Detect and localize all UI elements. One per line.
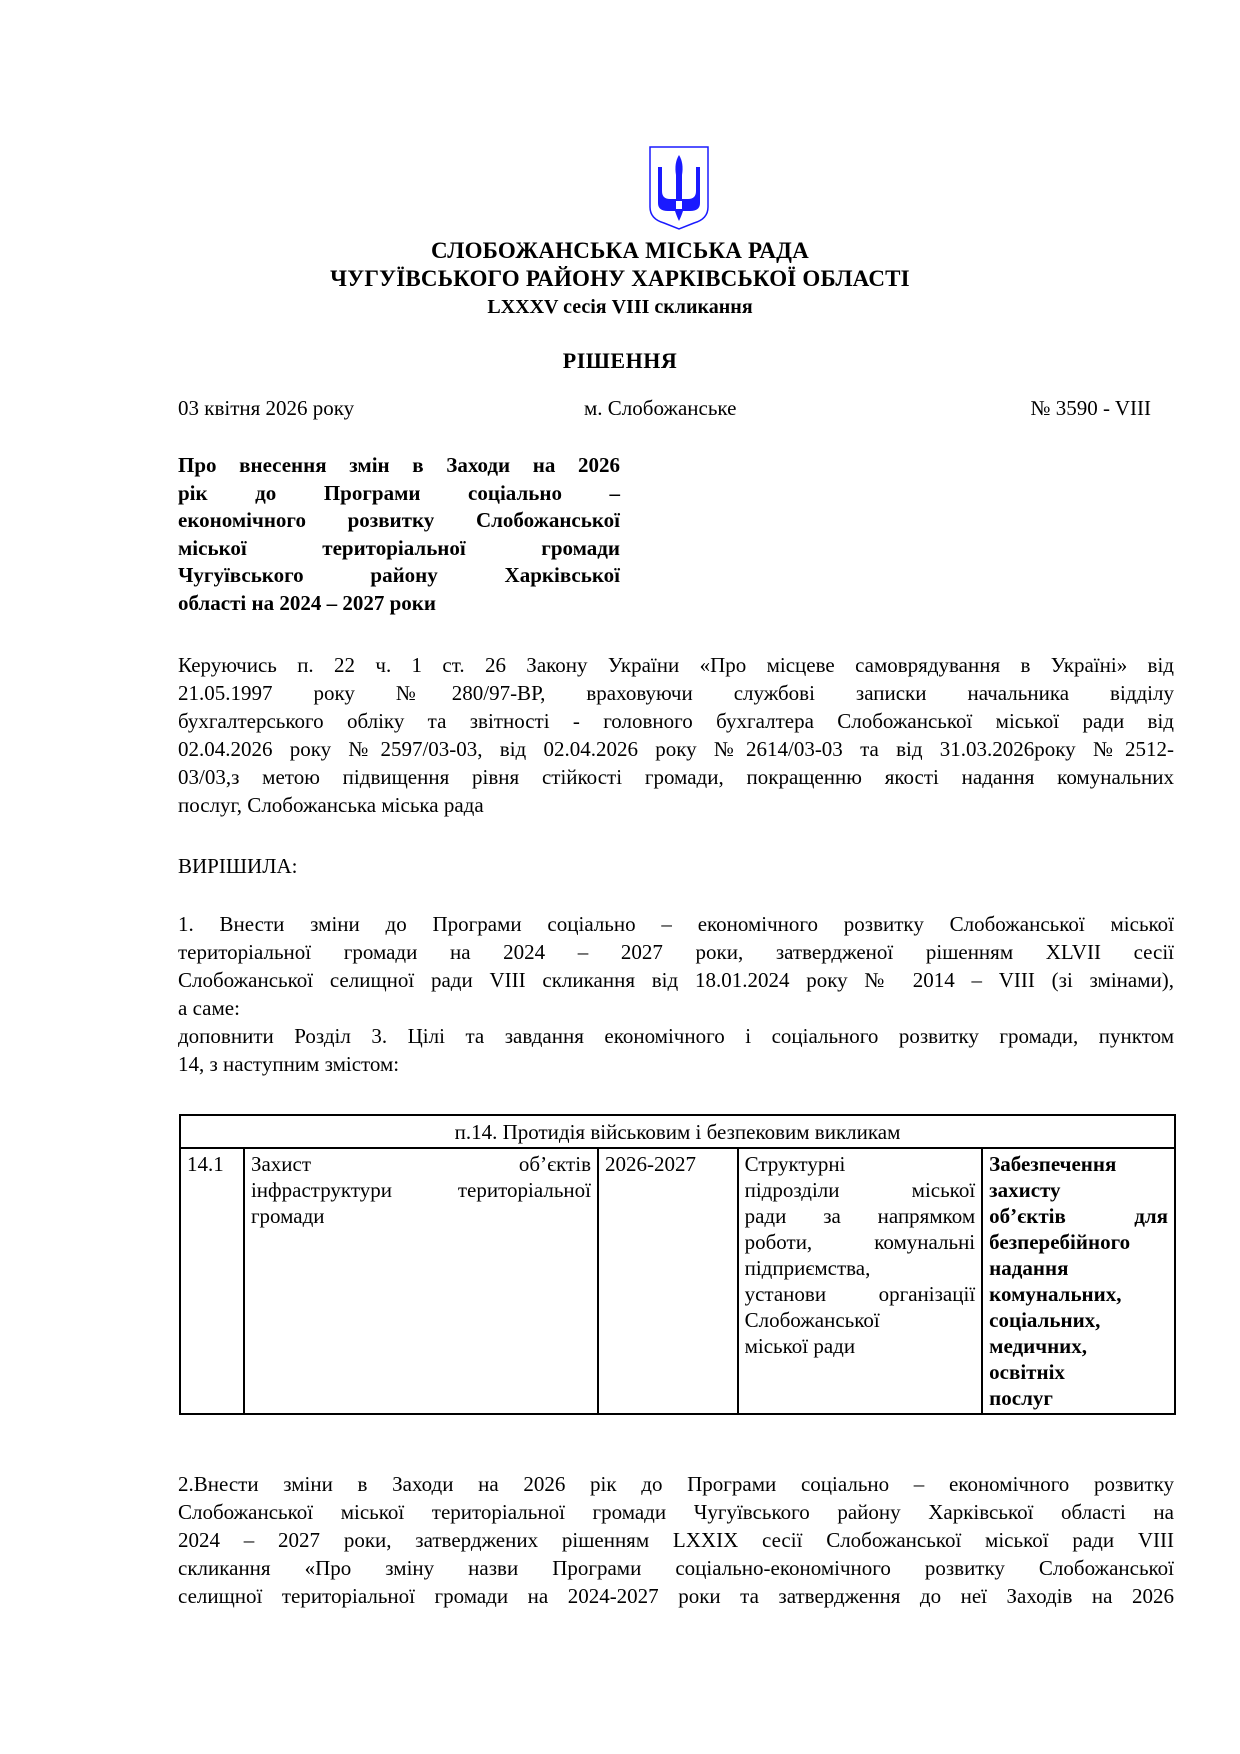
item-1-line: 14, з наступним змістом: (178, 1050, 1174, 1078)
result-line: освітніх (989, 1359, 1168, 1385)
executor-line: роботи, комунальні (745, 1229, 976, 1255)
executor-line: підрозділи міської (745, 1177, 976, 1203)
subject-line: області на 2024 – 2027 роки (178, 590, 620, 618)
preamble-line: 03/03,з метою підвищення рівня стійкості… (178, 763, 1174, 791)
measure-line: інфраструктури територіальної (251, 1177, 591, 1203)
executor-line: міської ради (745, 1333, 976, 1359)
document-page: СЛОБОЖАНСЬКА МІСЬКА РАДА ЧУГУЇВСЬКОГО РА… (0, 0, 1240, 1754)
result-line: медичних, (989, 1333, 1168, 1359)
result-line: соціальних, (989, 1307, 1168, 1333)
decision-subject: Про внесення змін в Заходи на 2026 рік д… (178, 452, 620, 617)
item-1-line: 1. Внести зміни до Програми соціально – … (178, 910, 1174, 938)
item-1: 1. Внести зміни до Програми соціально – … (178, 910, 1174, 1078)
result-line: комунальних, (989, 1281, 1168, 1307)
subject-line: Про внесення змін в Заходи на 2026 (178, 452, 620, 480)
meta-row: 03 квітня 2026 року м. Слобожанське № 35… (178, 396, 1151, 426)
result-line: надання (989, 1255, 1168, 1281)
item-2: 2.Внести зміни в Заходи на 2026 рік до П… (178, 1470, 1174, 1610)
item-1-line: територіальної громади на 2024 – 2027 ро… (178, 938, 1174, 966)
preamble-line: Керуючись п. 22 ч. 1 ст. 26 Закону Украї… (178, 651, 1174, 679)
row-term: 2026-2027 (598, 1148, 738, 1414)
decision-number: № 3590 - VIII (1030, 396, 1151, 421)
row-number: 14.1 (180, 1148, 244, 1414)
preamble: Керуючись п. 22 ч. 1 ст. 26 Закону Украї… (178, 651, 1174, 819)
preamble-line: бухгалтерського обліку та звітності - го… (178, 707, 1174, 735)
preamble-line: 21.05.1997 року №280/97-ВР, враховуючи с… (178, 679, 1174, 707)
row-result: Забезпечення захисту об’єктів для безпер… (982, 1148, 1175, 1414)
measure-line: громади (251, 1203, 591, 1229)
section-title: п.14. Протидія військовим і безпековим в… (180, 1115, 1175, 1148)
item-1-line: доповнити Розділ 3. Цілі та завдання еко… (178, 1022, 1174, 1050)
item-2-line: 2.Внести зміни в Заходи на 2026 рік до П… (178, 1470, 1174, 1498)
executor-line: Структурні (745, 1151, 976, 1177)
preamble-line: послуг, Слобожанська міська рада (178, 791, 1174, 819)
row-executors: Структурні підрозділи міської ради за на… (738, 1148, 983, 1414)
row-measure: Захист об’єктів інфраструктури територіа… (244, 1148, 598, 1414)
program-table: п.14. Протидія військовим і безпековим в… (179, 1114, 1176, 1415)
item-2-line: скликання «Про зміну назви Програми соці… (178, 1554, 1174, 1582)
preamble-line: 02.04.2026 року №2597/03-03, від 02.04.2… (178, 735, 1174, 763)
council-name: СЛОБОЖАНСЬКА МІСЬКА РАДА (0, 238, 1240, 264)
result-line: захисту (989, 1177, 1168, 1203)
document-type: РІШЕННЯ (0, 348, 1240, 374)
subject-line: економічного розвитку Слобожанської (178, 507, 620, 535)
item-1-line: Слобожанської селищної ради VIII скликан… (178, 966, 1174, 994)
session-name: LXXXV сесія VIII скликання (0, 296, 1240, 319)
item-1-line: а саме: (178, 994, 1174, 1022)
item-2-line: Слобожанської міської територіальної гро… (178, 1498, 1174, 1526)
item-2-line: 2024 – 2027 роки, затверджених рішенням … (178, 1526, 1174, 1554)
decision-date: 03 квітня 2026 року (178, 396, 354, 421)
table-row: 14.1 Захист об’єктів інфраструктури тери… (180, 1148, 1175, 1414)
executor-line: підприємства, (745, 1255, 976, 1281)
ukraine-coat-of-arms-icon (648, 145, 710, 231)
subject-line: рік до Програми соціально – (178, 480, 620, 508)
result-line: послуг (989, 1385, 1168, 1411)
subject-line: міської територіальної громади (178, 535, 620, 563)
measure-line: Захист об’єктів (251, 1151, 591, 1177)
table-header-row: п.14. Протидія військовим і безпековим в… (180, 1115, 1175, 1148)
executor-line: установи організації (745, 1281, 976, 1307)
district-name: ЧУГУЇВСЬКОГО РАЙОНУ ХАРКІВСЬКОЇ ОБЛАСТІ (0, 266, 1240, 292)
result-line: безперебійного (989, 1229, 1168, 1255)
decision-place: м. Слобожанське (584, 396, 736, 421)
item-2-line: селищної територіальної громади на 2024-… (178, 1582, 1174, 1610)
result-line: Забезпечення (989, 1151, 1168, 1177)
subject-line: Чугуївського району Харківської (178, 562, 620, 590)
executor-line: ради за напрямком (745, 1203, 976, 1229)
resolved-heading: ВИРІШИЛА: (178, 852, 1174, 880)
result-line: об’єктів для (989, 1203, 1168, 1229)
executor-line: Слобожанської (745, 1307, 976, 1333)
